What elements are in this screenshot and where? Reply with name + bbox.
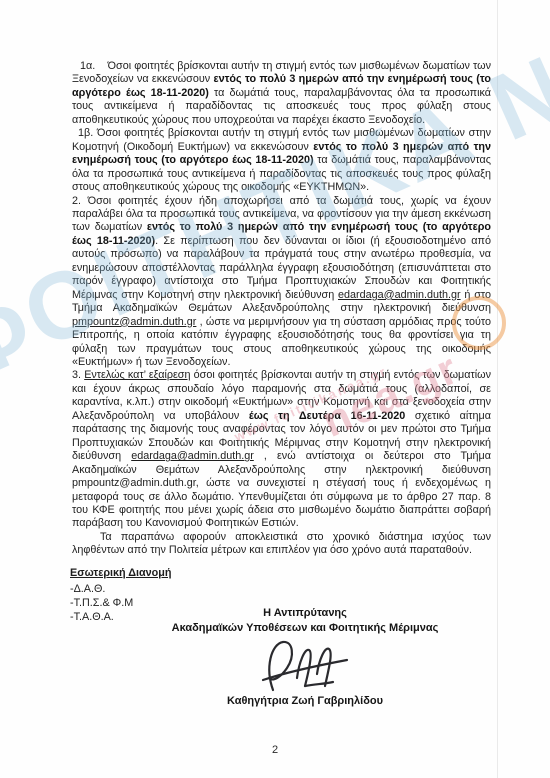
- text-run: Τα παραπάνω αφορούν αποκλειστικά στο χρο…: [72, 531, 491, 556]
- document-body: 1α. Όσοι φοιτητές βρίσκονται αυτήν τη στ…: [72, 60, 491, 558]
- paragraph: Τα παραπάνω αφορούν αποκλειστικά στο χρο…: [72, 531, 491, 558]
- text-run: Εντελώς κατ’ εξαίρεση: [84, 369, 190, 381]
- signature-block: Η Αντιπρύτανης Ακαδημαϊκών Υποθέσεων και…: [135, 606, 475, 709]
- paragraph: 3. Εντελώς κατ’ εξαίρεση όσοι φοιτητές β…: [72, 369, 491, 530]
- email-link: pmpountz@admin.duth.gr: [72, 316, 196, 328]
- paragraph: 2. Όσοι φοιτητές έχουν ήδη αποχωρήσει απ…: [72, 195, 491, 370]
- distribution-item: -Δ.Α.Θ.: [70, 582, 171, 596]
- text-run: 3.: [72, 369, 84, 381]
- paragraph: 1α. Όσοι φοιτητές βρίσκονται αυτήν τη στ…: [72, 60, 491, 127]
- email-link: edardaga@admin.duth.gr: [131, 450, 254, 462]
- scan-edge-artifact: [497, 0, 498, 778]
- distribution-title: Εσωτερική Διανομή: [70, 566, 171, 580]
- paragraph: 1β. Όσοι φοιτητές βρίσκονται αυτήν τη στ…: [72, 127, 491, 194]
- page-number: 2: [0, 744, 550, 756]
- signatory-name: Καθηγήτρια Ζωή Γαβριηλίδου: [135, 694, 475, 709]
- text-run: έως τη Δευτέρα 16-11-2020: [249, 410, 405, 422]
- email-link: edardaga@admin.duth.gr: [338, 289, 461, 301]
- signatory-title-line1: Η Αντιπρύτανης: [135, 606, 475, 621]
- scanned-document-page: 1α. Όσοι φοιτητές βρίσκονται αυτήν τη στ…: [0, 0, 550, 778]
- handwritten-signature: [259, 634, 351, 698]
- signatory-title-line2: Ακαδημαϊκών Υποθέσεων και Φοιτητικής Μέρ…: [135, 621, 475, 636]
